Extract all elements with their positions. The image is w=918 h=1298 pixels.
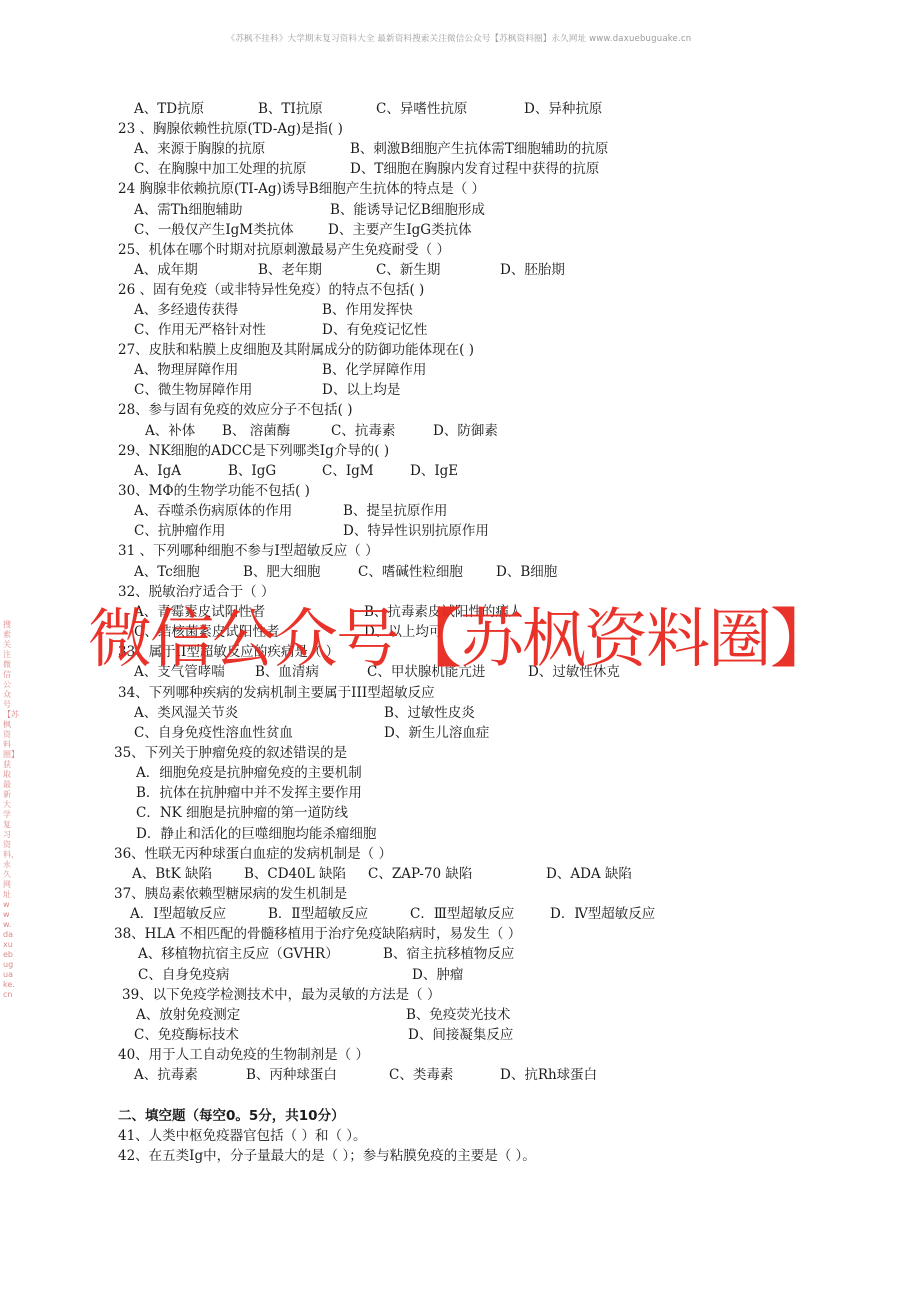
section-2-title: 二、填空题（每空0。5分，共10分） <box>118 1107 345 1125</box>
option-b: B、宿主抗移植物反应 <box>383 945 514 963</box>
option-c: C．NK 细胞是抗肿瘤的第一道防线 <box>136 804 348 822</box>
option-a: A、物理屏障作用 <box>134 361 238 379</box>
option-b: B、过敏性皮炎 <box>384 704 475 722</box>
red-watermark-overlay: 微信公众号【苏枫资料圈】 <box>88 600 828 680</box>
option-a: A．细胞免疫是抗肿瘤免疫的主要机制 <box>136 764 362 782</box>
option-b: B、刺激B细胞产生抗体需T细胞辅助的抗原 <box>350 140 608 158</box>
option-b: B、提呈抗原作用 <box>343 502 447 520</box>
option-c: C、自身免疫性溶血性贫血 <box>134 724 293 742</box>
question-25-stem: 25、机体在哪个时期对抗原刺激最易产生免疫耐受（ ） <box>118 241 450 259</box>
question-27-stem: 27、皮肤和粘膜上皮细胞及其附属成分的防御功能体现在( ) <box>118 341 474 359</box>
question-41: 41、人类中枢免疫器官包括（ ）和（ ）。 <box>118 1127 367 1145</box>
option-d: D、新生儿溶血症 <box>384 724 489 742</box>
option-d: D、异种抗原 <box>524 100 602 118</box>
option-b: B、TI抗原 <box>258 100 323 118</box>
option-c: C、抗毒素 <box>331 422 395 440</box>
option-b: B、肥大细胞 <box>243 563 320 581</box>
option-a: A．Ⅰ型超敏反应 <box>130 905 226 923</box>
option-b: B、 溶菌酶 <box>222 422 290 440</box>
option-b: B．抗体在抗肿瘤中并不发挥主要作用 <box>136 784 362 802</box>
option-a: A、Tc细胞 <box>134 563 200 581</box>
question-37-stem: 37、胰岛素依赖型糖尿病的发生机制是 <box>114 885 347 903</box>
option-c: C、微生物屏障作用 <box>134 381 252 399</box>
option-c: C、一般仅产生IgM类抗体 <box>134 221 294 239</box>
question-35-stem: 35、下列关于肿瘤免疫的叙述错误的是 <box>114 744 347 762</box>
option-d: D、肿瘤 <box>412 966 463 984</box>
option-d: D、抗Rh球蛋白 <box>500 1066 597 1084</box>
option-a: A、IgA <box>134 462 181 480</box>
option-d: D、防御素 <box>433 422 498 440</box>
option-a: A、放射免疫测定 <box>136 1006 240 1024</box>
option-b: B、化学屏障作用 <box>322 361 426 379</box>
option-c: C、新生期 <box>376 261 440 279</box>
option-b: B、老年期 <box>258 261 322 279</box>
option-c: C、自身免疫病 <box>138 966 229 984</box>
option-a: A、多经遗传获得 <box>134 301 238 319</box>
option-c: C、类毒素 <box>389 1066 453 1084</box>
option-a: A、吞噬杀伤病原体的作用 <box>134 502 292 520</box>
option-b: B、能诱导记忆B细胞形成 <box>330 201 485 219</box>
option-a: A、补体 <box>145 422 195 440</box>
option-d: D、有免疫记忆性 <box>322 321 427 339</box>
question-30-stem: 30、MΦ的生物学功能不包括( ) <box>118 482 310 500</box>
side-watermark: 搜索关注微信公众号【苏枫资料圈】获取最新大学复习资料，永久网址 www.daxu… <box>3 620 15 1000</box>
option-c: C、IgM <box>322 462 374 480</box>
question-28-stem: 28、参与固有免疫的效应分子不包括( ) <box>118 401 353 419</box>
option-d: D、胚胎期 <box>500 261 565 279</box>
option-c: C、作用无严格针对性 <box>134 321 266 339</box>
question-29-stem: 29、NK细胞的ADCC是下列哪类Ig介导的( ) <box>118 442 389 460</box>
option-d: D、主要产生IgG类抗体 <box>328 221 472 239</box>
question-23-stem: 23 、胸腺依赖性抗原(TD-Ag)是指( ) <box>118 120 343 138</box>
question-42: 42、在五类Ig中，分子量最大的是（ ）；参与粘膜免疫的主要是（ ）。 <box>118 1147 536 1165</box>
option-b: B、CD40L 缺陷 <box>244 865 346 883</box>
option-c: C、嗜碱性粒细胞 <box>358 563 463 581</box>
option-a: A、类风湿关节炎 <box>134 704 238 722</box>
option-d: D．静止和活化的巨噬细胞均能杀瘤细胞 <box>136 825 376 843</box>
option-b: B、丙种球蛋白 <box>246 1066 337 1084</box>
option-c: C、免疫酶标技术 <box>134 1026 239 1044</box>
question-38-stem: 38、HLA 不相匹配的骨髓移植用于治疗免疫缺陷病时，易发生（ ） <box>114 925 521 943</box>
question-40-stem: 40、用于人工自动免疫的生物制剂是（ ） <box>118 1046 369 1064</box>
question-32-stem: 32、脱敏治疗适合于（ ） <box>118 583 274 601</box>
option-a: A、来源于胸腺的抗原 <box>134 140 265 158</box>
option-d: D、以上均是 <box>322 381 400 399</box>
option-a: A、需Th细胞辅助 <box>134 201 242 219</box>
question-39-stem: 39、以下免疫学检测技术中，最为灵敏的方法是（ ） <box>122 986 440 1004</box>
option-b: B、作用发挥快 <box>322 301 413 319</box>
option-d: D、ADA 缺陷 <box>546 865 632 883</box>
option-c: C、在胸腺中加工处理的抗原 <box>134 160 306 178</box>
option-a: A、TD抗原 <box>134 100 204 118</box>
option-a: A、移植物抗宿主反应（GVHR） <box>138 945 339 963</box>
option-a: A、BtK 缺陷 <box>132 865 212 883</box>
question-31-stem: 31 、下列哪种细胞不参与I型超敏反应（ ） <box>118 542 379 560</box>
question-36-stem: 36、性联无丙种球蛋白血症的发病机制是（ ） <box>114 845 392 863</box>
option-d: D．Ⅳ型超敏反应 <box>550 905 655 923</box>
option-c: C、异嗜性抗原 <box>376 100 467 118</box>
question-26-stem: 26 、固有免疫（或非特异性免疫）的特点不包括( ) <box>118 281 424 299</box>
option-d: D、T细胞在胸腺内发育过程中获得的抗原 <box>350 160 599 178</box>
option-c: C．Ⅲ型超敏反应 <box>410 905 514 923</box>
option-d: D、特异性识别抗原作用 <box>343 522 489 540</box>
option-a: A、成年期 <box>134 261 198 279</box>
question-34-stem: 34、下列哪种疾病的发病机制主要属于III型超敏反应 <box>118 684 435 702</box>
option-b: B、免疫荧光技术 <box>406 1006 510 1024</box>
page-header-watermark: 《苏枫不挂科》大学期末复习资料大全 最新资料搜索关注微信公众号【苏枫资料圈】永久… <box>0 32 918 44</box>
option-d: D、IgE <box>410 462 458 480</box>
option-b: B．Ⅱ型超敏反应 <box>268 905 368 923</box>
question-24-stem: 24 胸腺非依赖抗原(TI-Ag)诱导B细胞产生抗体的特点是（ ） <box>118 180 485 198</box>
option-d: D、间接凝集反应 <box>408 1026 513 1044</box>
option-d: D、B细胞 <box>496 563 557 581</box>
option-c: C、ZAP-70 缺陷 <box>368 865 472 883</box>
option-c: C、抗肿瘤作用 <box>134 522 225 540</box>
option-a: A、抗毒素 <box>134 1066 198 1084</box>
option-b: B、IgG <box>228 462 276 480</box>
